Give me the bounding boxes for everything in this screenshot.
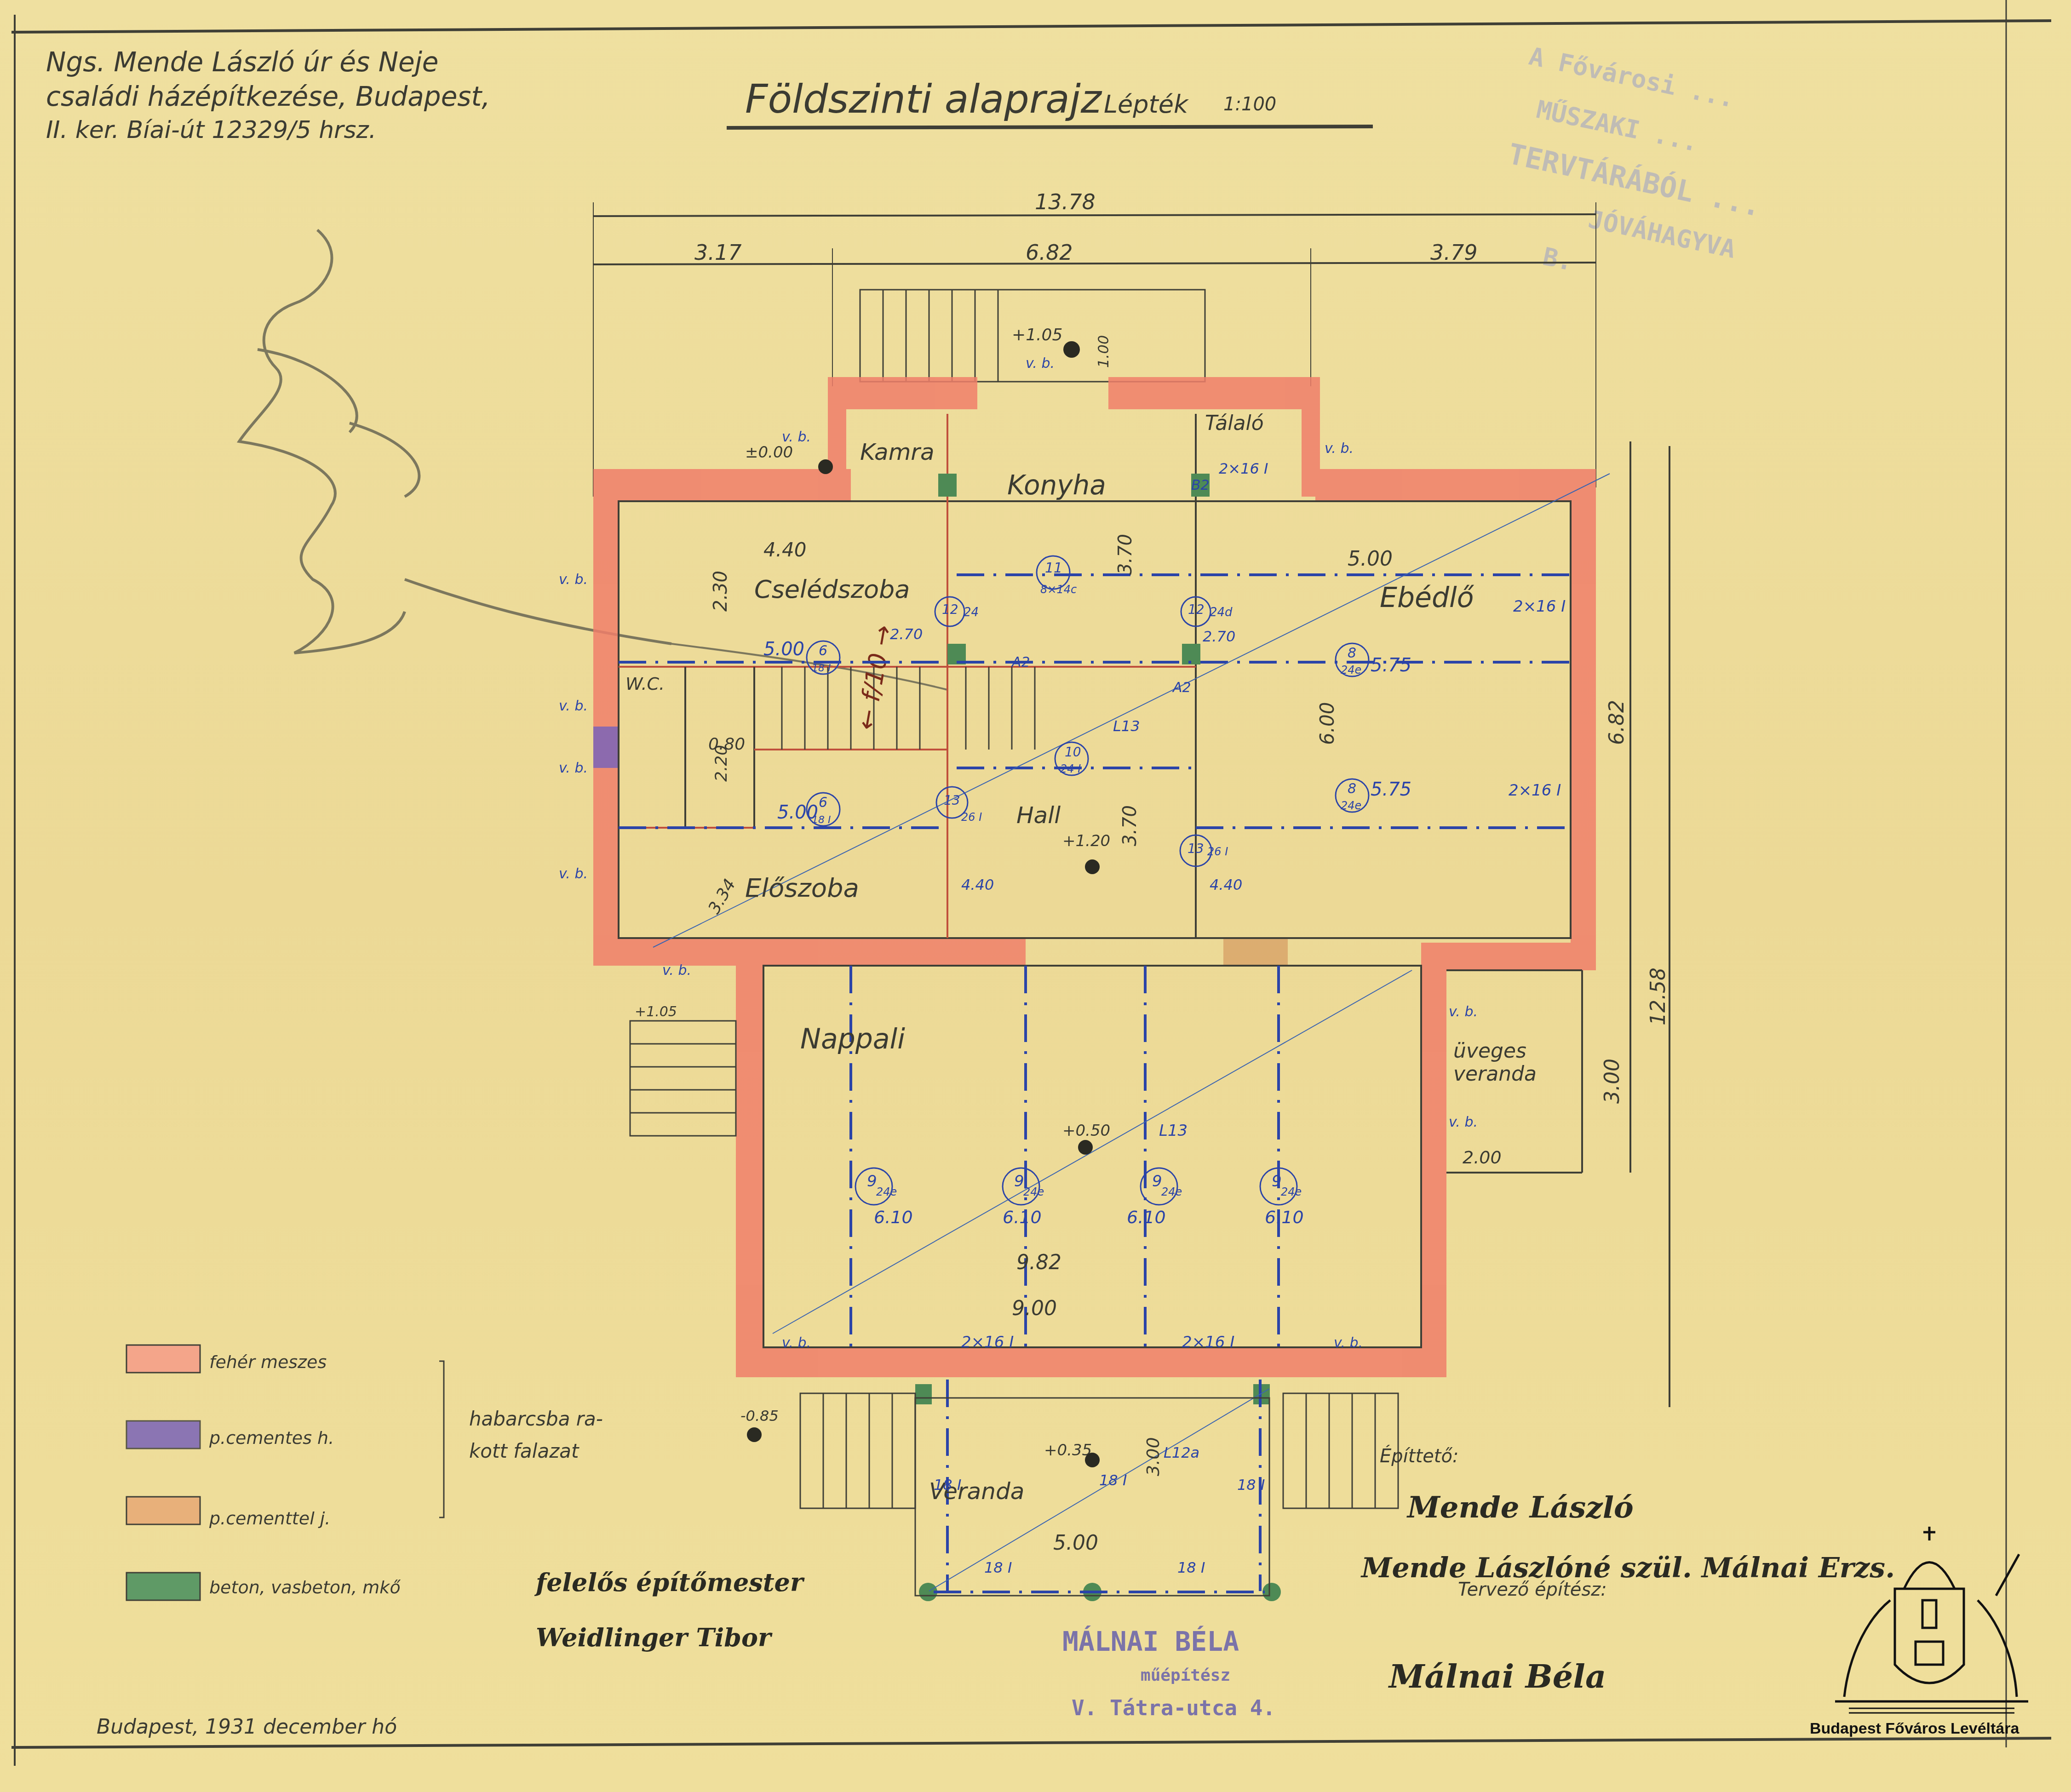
svg-text:2.20: 2.20 [712, 745, 731, 782]
svg-text:6: 6 [819, 795, 827, 811]
dim-right-segment: 3.79 [1430, 240, 1477, 265]
walls-fehermeszes [593, 377, 1596, 1377]
title-block: Földszinti alaprajz Lépték 1:100 [727, 76, 1373, 128]
svg-text:TERVTÁRÁBÓL ...: TERVTÁRÁBÓL ... [1505, 137, 1764, 223]
svg-text:felelős építőmester: felelős építőmester [534, 1568, 805, 1597]
felelos-epitomester: felelős építőmester Weidlinger Tibor [534, 1568, 805, 1652]
svg-text:5.00: 5.00 [763, 639, 804, 660]
sheet-frame [11, 0, 2051, 1766]
svg-text:v. b.: v. b. [559, 760, 588, 776]
legend-item-feher-meszes: fehér meszes [126, 1345, 327, 1373]
svg-text:2.00: 2.00 [1463, 1147, 1502, 1168]
svg-text:24e: 24e [1161, 1185, 1182, 1198]
svg-text:24e: 24e [1023, 1185, 1044, 1198]
svg-text:18 I: 18 I [812, 814, 831, 826]
svg-text:6.10: 6.10 [1127, 1207, 1166, 1227]
architect-stamp: MÁLNAI BÉLA műépítész V. Tátra-utca 4. [1062, 1626, 1275, 1720]
svg-text:L13: L13 [1113, 717, 1140, 735]
dim-right-upper: 6.82 [1605, 700, 1629, 745]
approval-stamp: A Fővárosi ... MŰSZAKI ... TERVTÁRÁBÓL .… [1486, 41, 1784, 312]
svg-text:+1.20: +1.20 [1062, 832, 1110, 850]
svg-text:5.75: 5.75 [1371, 779, 1411, 800]
svg-text:A2: A2 [1172, 680, 1191, 696]
svg-text:6: 6 [819, 643, 827, 659]
legend-group-label-1: habarcsba ra- [469, 1408, 603, 1430]
dim-porch-depth: 1.00 [1095, 335, 1112, 368]
room-kamra: Kamra [860, 439, 935, 465]
svg-text:8: 8 [1348, 645, 1356, 661]
svg-text:v. b.: v. b. [782, 1335, 811, 1351]
svg-text:24e: 24e [1341, 799, 1361, 812]
svg-text:6.10: 6.10 [874, 1207, 913, 1227]
svg-text:10: 10 [1065, 744, 1081, 760]
svg-text:13: 13 [1188, 841, 1204, 856]
legend-item-pcementes: p.cementes h. [126, 1421, 334, 1448]
svg-text:11: 11 [1045, 560, 1062, 576]
svg-text:Mende Lászlóné szül. Málnai Er: Mende Lászlóné szül. Málnai Erzs. [1360, 1552, 1895, 1584]
svg-text:p.cementtel j.: p.cementtel j. [209, 1508, 330, 1529]
dim-middle-segment: 6.82 [1026, 240, 1073, 265]
svg-text:v. b.: v. b. [1334, 1335, 1363, 1351]
svg-text:+0.50: +0.50 [1062, 1122, 1110, 1140]
svg-text:Mende László: Mende László [1406, 1490, 1634, 1525]
svg-text:v. b.: v. b. [1026, 355, 1055, 372]
svg-text:műépítész: műépítész [1141, 1666, 1230, 1685]
svg-text:8: 8 [1348, 781, 1356, 797]
svg-text:3.70: 3.70 [1115, 534, 1136, 575]
svg-text:9.00: 9.00 [1012, 1297, 1057, 1320]
svg-text:5.00: 5.00 [1348, 547, 1393, 571]
archive-label: Budapest Főváros Levéltára [1810, 1720, 2019, 1737]
legend-brace [439, 1361, 444, 1517]
svg-text:+1.05: +1.05 [635, 1004, 677, 1020]
scale-value: 1:100 [1223, 94, 1276, 115]
scale-label: Lépték [1104, 90, 1189, 119]
svg-text:9: 9 [1014, 1172, 1024, 1191]
dim-left-segment: 3.17 [694, 240, 741, 265]
svg-text:24e: 24e [876, 1185, 897, 1198]
svg-text:2×16 I: 2×16 I [1513, 597, 1566, 616]
svg-text:3.34: 3.34 [705, 876, 740, 917]
legend-item-pcementtel: p.cementtel j. [126, 1497, 330, 1529]
svg-text:13: 13 [944, 793, 960, 808]
room-uveges-2: veranda [1453, 1062, 1537, 1086]
room-uveges-1: üveges [1453, 1039, 1526, 1063]
svg-text:9: 9 [1272, 1172, 1282, 1191]
svg-text:fehér meszes: fehér meszes [209, 1352, 327, 1372]
svg-text:18 I: 18 I [1237, 1476, 1265, 1494]
wall-pcementtel [1223, 938, 1288, 966]
svg-text:v. b.: v. b. [782, 429, 811, 445]
svg-text:12: 12 [1188, 602, 1205, 617]
page-title: Földszinti alaprajz [745, 76, 1102, 122]
svg-text:26 I: 26 I [961, 811, 982, 824]
svg-text:±0.00: ±0.00 [745, 443, 793, 462]
svg-text:2×16 I: 2×16 I [1182, 1333, 1234, 1351]
svg-text:+0.35: +0.35 [1044, 1441, 1092, 1460]
svg-text:18 I: 18 I [812, 663, 831, 674]
svg-text:6.10: 6.10 [1003, 1207, 1042, 1227]
svg-text:2×16 I: 2×16 I [1509, 781, 1561, 800]
blueprint-sheet: Ngs. Mende László úr és Neje családi ház… [0, 0, 2071, 1792]
legend: fehér meszes p.cementes h. p.cementtel j… [126, 1345, 603, 1600]
svg-text:MÁLNAI BÉLA: MÁLNAI BÉLA [1062, 1626, 1239, 1657]
svg-text:v. b.: v. b. [559, 698, 588, 714]
room-konyha: Konyha [1007, 469, 1106, 501]
svg-text:p.cementes h.: p.cementes h. [209, 1428, 334, 1448]
svg-text:v. b.: v. b. [559, 572, 588, 588]
owner-line-1: Ngs. Mende László úr és Neje [46, 46, 439, 78]
room-wc: W.C. [625, 674, 665, 694]
header-block: Ngs. Mende László úr és Neje családi ház… [46, 46, 490, 144]
svg-text:4.40: 4.40 [763, 538, 807, 561]
svg-text:B2: B2 [1191, 477, 1210, 493]
svg-text:18 I: 18 I [1177, 1559, 1205, 1576]
epittetok: Építtető: Mende László Mende Lászlóné sz… [1360, 1445, 1895, 1695]
svg-text:3.00: 3.00 [1143, 1437, 1163, 1476]
level-marker-top [1063, 341, 1080, 358]
legend-item-beton: beton, vasbeton, mkő [126, 1573, 401, 1600]
svg-text:2.70: 2.70 [890, 625, 923, 643]
window-labels: v. b. v. b. v. b. v. b. v. b. v. b. v. b… [559, 355, 1478, 1351]
svg-text:2.30: 2.30 [710, 571, 731, 612]
svg-text:24e: 24e [1341, 664, 1361, 676]
svg-text:26 I: 26 I [1207, 845, 1228, 858]
owner-line-3: II. ker. Bíai-út 12329/5 hrsz. [46, 116, 376, 144]
svg-text:v. b.: v. b. [559, 866, 588, 882]
svg-text:5.75: 5.75 [1371, 655, 1411, 676]
svg-text:24 I: 24 I [1060, 762, 1081, 775]
owner-line-2: családi házépítkezése, Budapest, [46, 81, 490, 112]
svg-text:6.10: 6.10 [1265, 1207, 1304, 1227]
svg-text:18 I: 18 I [984, 1559, 1012, 1576]
legend-group-label-2: kott falazat [469, 1440, 579, 1462]
svg-text:v. b.: v. b. [1325, 441, 1354, 457]
svg-text:9.82: 9.82 [1016, 1251, 1061, 1274]
dim-overall-width: 13.78 [1035, 189, 1096, 214]
floor-plan-drawing: Ngs. Mende László úr és Neje családi ház… [0, 0, 2071, 1792]
room-talalo: Tálaló [1205, 412, 1264, 435]
svg-text:6.00: 6.00 [1316, 702, 1338, 745]
svg-text:L13: L13 [1159, 1122, 1188, 1140]
place-date: Budapest, 1931 december hó [97, 1715, 397, 1739]
room-ebedlo: Ebédlő [1380, 582, 1474, 614]
dimension-lines-right [1630, 441, 1669, 1407]
svg-text:Építtető:: Építtető: [1380, 1445, 1458, 1467]
svg-text:Weidlinger Tibor: Weidlinger Tibor [536, 1623, 773, 1652]
svg-text:V. Tátra-utca 4.: V. Tátra-utca 4. [1072, 1695, 1275, 1720]
svg-text:2×16 I: 2×16 I [1219, 460, 1268, 477]
title-underline [727, 126, 1373, 128]
dim-right-lower: 3.00 [1601, 1059, 1624, 1104]
svg-text:L12a: L12a [1164, 1444, 1199, 1461]
svg-text:B.: B. [1540, 242, 1576, 276]
svg-text:A2: A2 [1011, 654, 1030, 670]
svg-text:3.70: 3.70 [1119, 805, 1141, 846]
svg-text:4.40: 4.40 [961, 876, 994, 893]
svg-text:Tervező építész:: Tervező építész: [1458, 1579, 1607, 1600]
svg-text:9: 9 [1152, 1172, 1162, 1191]
svg-text:24: 24 [964, 606, 979, 619]
room-hall: Hall [1016, 802, 1061, 829]
svg-text:4.40: 4.40 [1210, 876, 1242, 893]
svg-text:beton, vasbeton, mkő: beton, vasbeton, mkő [209, 1577, 401, 1597]
svg-text:Málnai Béla: Málnai Béla [1388, 1657, 1606, 1695]
svg-text:24d: 24d [1210, 606, 1233, 619]
svg-text:5.00: 5.00 [1053, 1531, 1098, 1555]
svg-text:v. b.: v. b. [1449, 1114, 1478, 1130]
internal-staircase [782, 667, 1035, 750]
svg-text:2.70: 2.70 [1203, 628, 1235, 645]
level-top-entry: +1.05 [1012, 326, 1062, 344]
svg-text:8×14c: 8×14c [1040, 583, 1077, 596]
svg-text:-0.85: -0.85 [740, 1407, 779, 1425]
svg-text:18 I: 18 I [934, 1476, 961, 1494]
svg-text:18 I: 18 I [1099, 1471, 1127, 1489]
room-cseledszoba: Cselédszoba [754, 575, 910, 604]
svg-text:12: 12 [942, 602, 958, 617]
room-nappali: Nappali [800, 1023, 905, 1055]
svg-text:v. b.: v. b. [662, 962, 691, 979]
room-eloszoba: Előszoba [745, 873, 859, 903]
wall-pcementes [593, 727, 619, 768]
svg-text:v. b.: v. b. [1449, 1004, 1478, 1020]
svg-text:2×16 I: 2×16 I [961, 1333, 1014, 1351]
dim-right-total: 12.58 [1646, 968, 1670, 1025]
svg-text:9: 9 [867, 1172, 877, 1191]
svg-text:24e: 24e [1281, 1185, 1302, 1198]
